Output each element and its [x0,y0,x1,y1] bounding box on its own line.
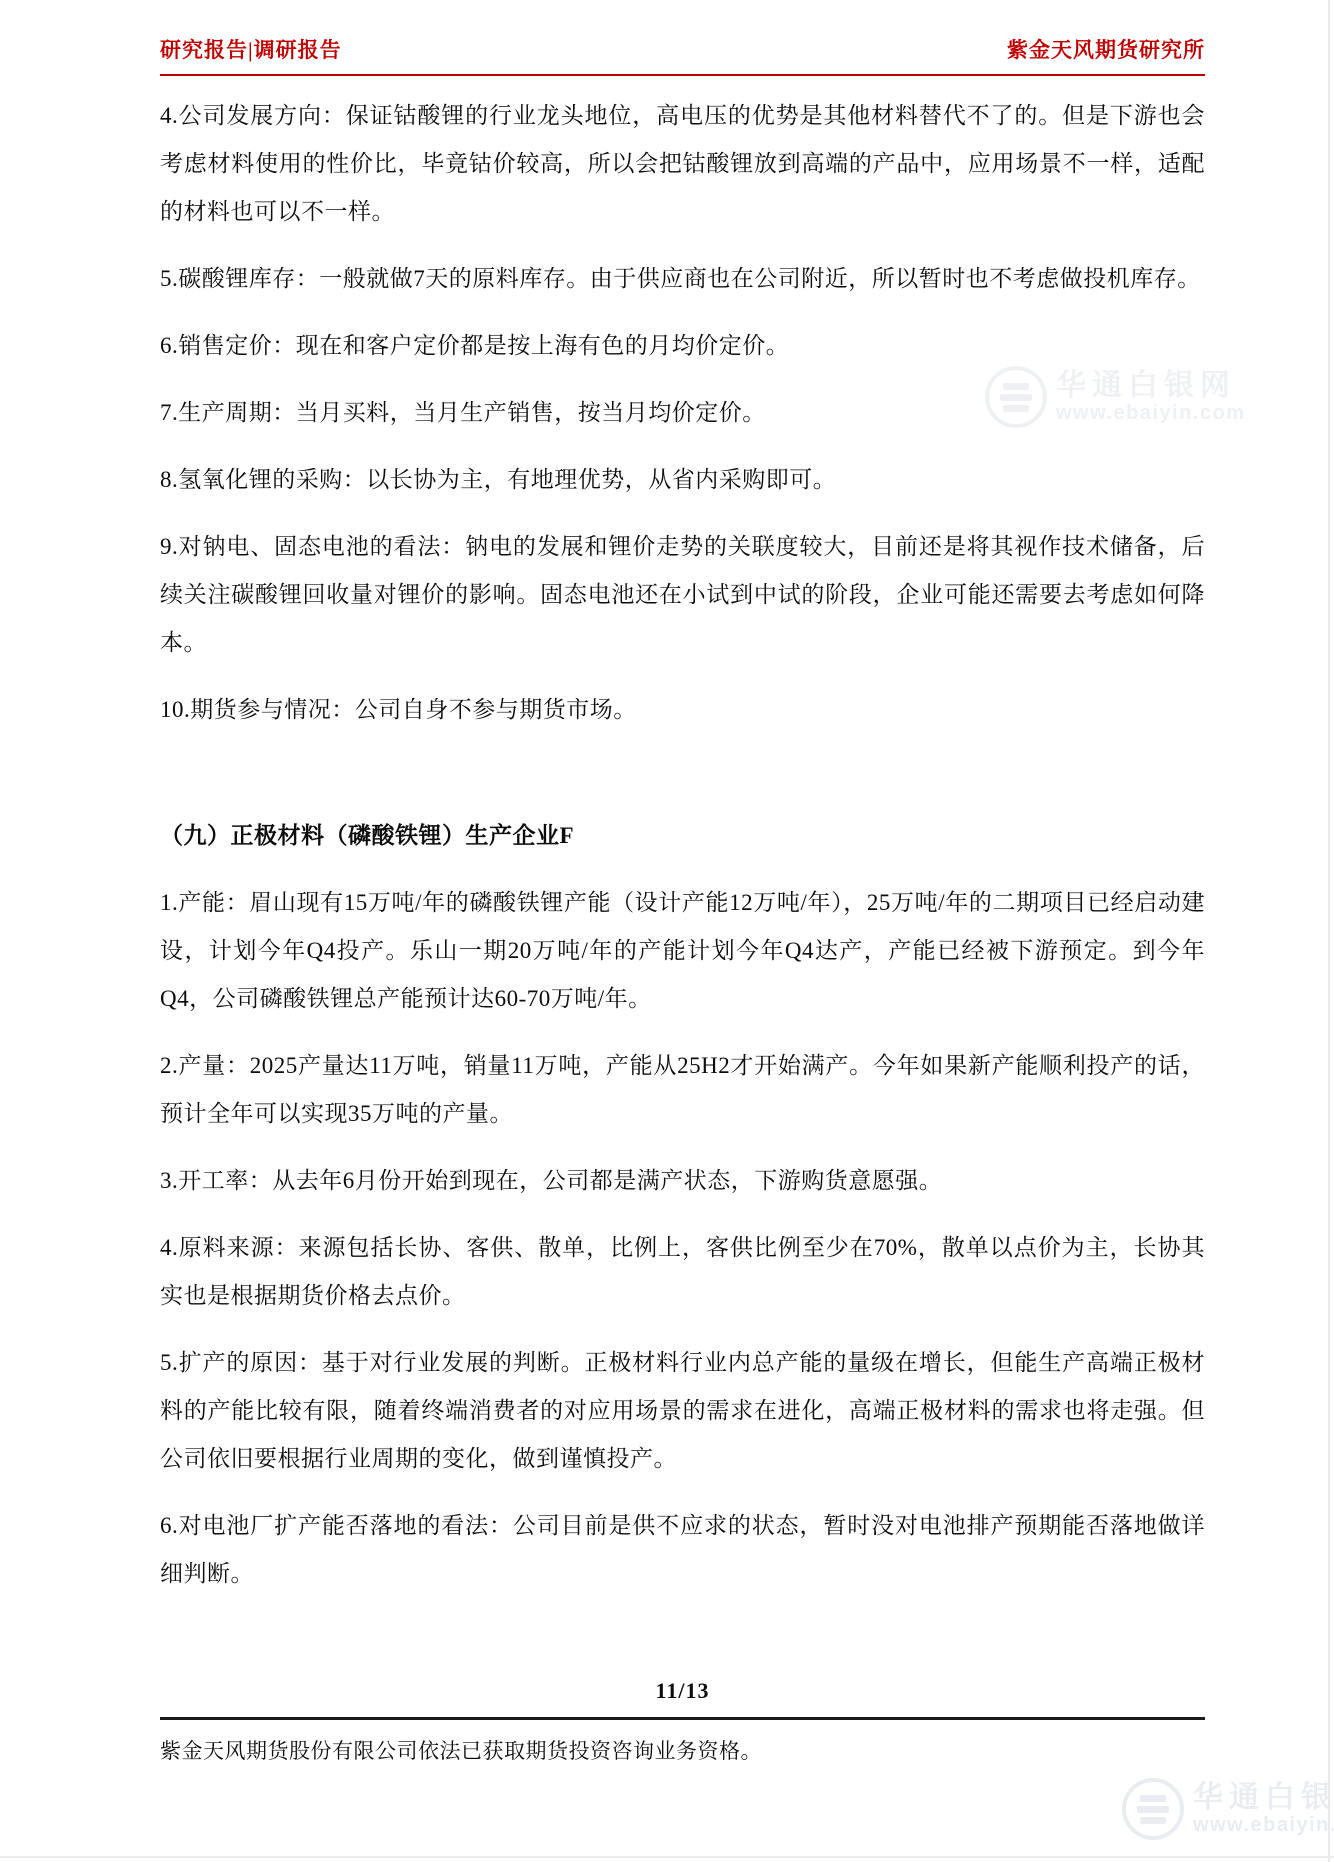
paragraph: 6.对电池厂扩产能否落地的看法：公司目前是供不应求的状态，暂时没对电池排产预期能… [160,1502,1205,1598]
paragraph: 7.生产周期：当月买料，当月生产销售，按当月均价定价。 [160,389,1205,437]
footer-disclaimer: 紫金天风期货股份有限公司依法已获取期货投资咨询业务资格。 [160,1736,1205,1766]
paragraph: 4.原料来源：来源包括长协、客供、散单，比例上，客供比例至少在70%，散单以点价… [160,1224,1205,1320]
page-footer: 11/13 紫金天风期货股份有限公司依法已获取期货投资咨询业务资格。 [160,1676,1205,1766]
paragraph: 2.产量：2025产量达11万吨，销量11万吨，产能从25H2才开始满产。今年如… [160,1042,1205,1138]
page-right-edge [1328,0,1330,1862]
watermark-site-url: www.ebaiyin.com [1193,1814,1334,1836]
paragraph: 9.对钠电、固态电池的看法：钠电的发展和锂价走势的关联度较大，目前还是将其视作技… [160,523,1205,667]
watermark-site-name: 华通白银网 [1193,1782,1334,1814]
footer-divider [160,1717,1205,1720]
section-heading: （九）正极材料（磷酸铁锂）生产企业F [160,812,1205,860]
report-page: 研究报告|调研报告 紫金天风期货研究所 4.公司发展方向：保证钴酸锂的行业龙头地… [0,0,1334,1862]
watermark-logo-icon [1122,1778,1184,1840]
paragraph: 5.扩产的原因：基于对行业发展的判断。正极材料行业内总产能的量级在增长，但能生产… [160,1339,1205,1483]
watermark: 华通白银网 www.ebaiyin.com [1122,1778,1334,1840]
header-report-type-label: 研究报告|调研报告 [160,34,342,64]
paragraph: 3.开工率：从去年6月份开始到现在，公司都是满产状态，下游购货意愿强。 [160,1157,1205,1205]
paragraph: 1.产能：眉山现有15万吨/年的磷酸铁锂产能（设计产能12万吨/年），25万吨/… [160,879,1205,1023]
paragraph: 4.公司发展方向：保证钴酸锂的行业龙头地位，高电压的优势是其他材料替代不了的。但… [160,92,1205,236]
paragraph: 6.销售定价：现在和客户定价都是按上海有色的月均价定价。 [160,322,1205,370]
document-body: 4.公司发展方向：保证钴酸锂的行业龙头地位，高电压的优势是其他材料替代不了的。但… [160,92,1205,1598]
paragraph: 10.期货参与情况：公司自身不参与期货市场。 [160,686,1205,734]
paragraph: 8.氢氧化锂的采购：以长协为主，有地理优势，从省内采购即可。 [160,456,1205,504]
page-number: 11/13 [160,1676,1205,1706]
page-header: 研究报告|调研报告 紫金天风期货研究所 [160,34,1205,76]
header-institute-label: 紫金天风期货研究所 [1007,34,1205,64]
page-bottom-edge [0,1856,1334,1858]
paragraph: 5.碳酸锂库存：一般就做7天的原料库存。由于供应商也在公司附近，所以暂时也不考虑… [160,255,1205,303]
